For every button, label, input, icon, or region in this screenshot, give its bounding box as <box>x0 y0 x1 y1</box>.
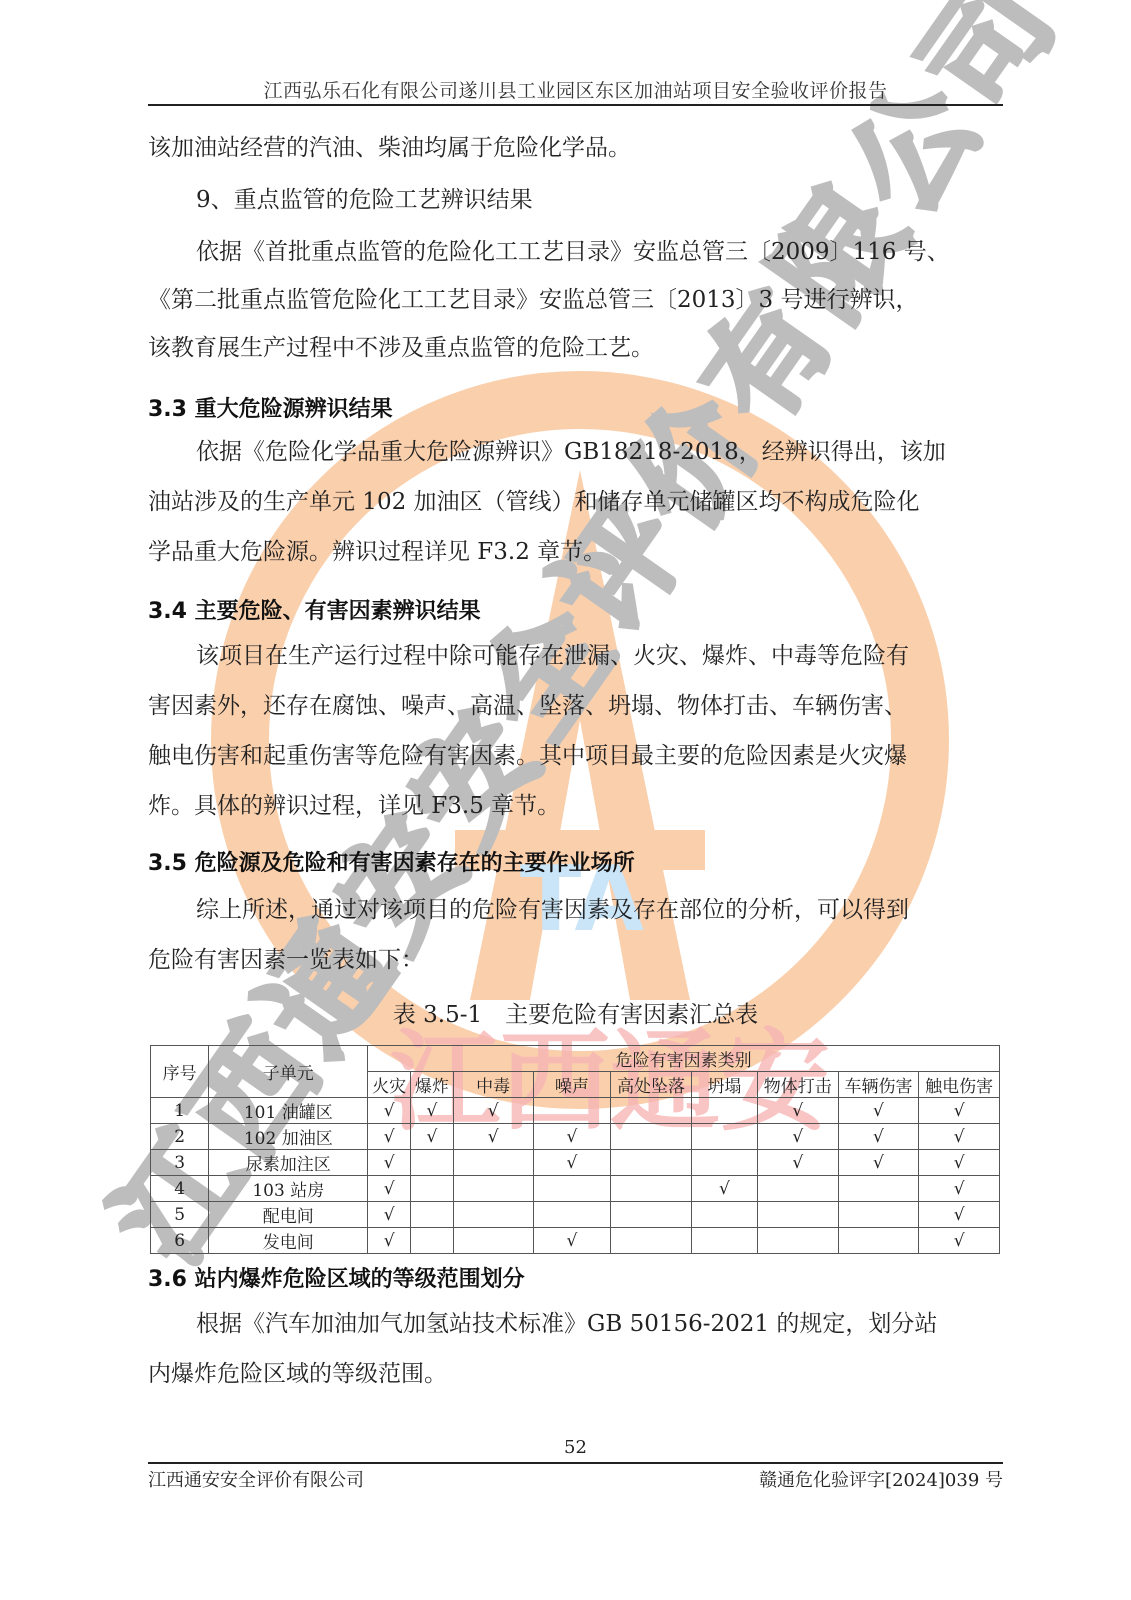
cell-mark: √ <box>411 1098 454 1124</box>
cell-mark <box>757 1202 838 1228</box>
cell-mark: √ <box>453 1124 533 1150</box>
header-factor: 爆炸 <box>411 1072 454 1098</box>
cell-mark: √ <box>919 1176 1000 1202</box>
cell-mark: √ <box>838 1124 919 1150</box>
cell-mark <box>838 1228 919 1254</box>
table-row: 2 102 加油区 √ √ √ √ √ √ √ <box>151 1124 1000 1150</box>
header-factor: 高处坠落 <box>611 1072 692 1098</box>
cell-mark <box>691 1150 757 1176</box>
paragraph-text: 炸。具体的辨识过程，详见 F3.5 章节。 <box>148 782 1003 830</box>
cell-mark: √ <box>368 1150 411 1176</box>
cell-mark: √ <box>368 1202 411 1228</box>
paragraph-text: 依据《首批重点监管的危险化工工艺目录》安监总管三〔2009〕116 号、 <box>148 228 1003 276</box>
cell-mark <box>411 1228 454 1254</box>
header-factor: 坍塌 <box>691 1072 757 1098</box>
paragraph-text: 危险有害因素一览表如下： <box>148 936 1003 984</box>
cell-mark: √ <box>533 1124 611 1150</box>
cell-mark <box>691 1228 757 1254</box>
cell-mark: √ <box>691 1176 757 1202</box>
cell-mark <box>453 1202 533 1228</box>
cell-mark <box>453 1150 533 1176</box>
header-factor-group: 危险有害因素类别 <box>368 1046 1000 1072</box>
cell-mark: √ <box>368 1176 411 1202</box>
cell-mark: √ <box>757 1098 838 1124</box>
paragraph-text: 该教育展生产过程中不涉及重点监管的危险工艺。 <box>148 324 1003 372</box>
cell-mark: √ <box>919 1124 1000 1150</box>
cell-mark: √ <box>838 1098 919 1124</box>
table-row: 5 配电间 √ √ <box>151 1202 1000 1228</box>
cell-unit: 发电间 <box>209 1228 368 1254</box>
cell-mark <box>533 1098 611 1124</box>
cell-mark: √ <box>757 1150 838 1176</box>
cell-mark: √ <box>919 1228 1000 1254</box>
footer-doc-code: 赣通危化验评字[2024]039 号 <box>759 1466 1003 1492</box>
paragraph-text: 根据《汽车加油加气加氢站技术标准》GB 50156-2021 的规定，划分站 <box>148 1300 1003 1348</box>
cell-mark <box>611 1150 692 1176</box>
cell-mark: √ <box>919 1098 1000 1124</box>
cell-seq: 4 <box>151 1176 209 1202</box>
cell-unit: 103 站房 <box>209 1176 368 1202</box>
section-heading-3-3: 3.3 重大危险源辨识结果 <box>148 392 393 423</box>
page-number: 52 <box>148 1437 1003 1458</box>
cell-mark: √ <box>757 1124 838 1150</box>
cell-mark <box>533 1176 611 1202</box>
header-factor: 物体打击 <box>757 1072 838 1098</box>
table-row: 3 尿素加注区 √ √ √ √ √ <box>151 1150 1000 1176</box>
paragraph-text: 综上所述，通过对该项目的危险有害因素及存在部位的分析，可以得到 <box>148 886 1003 934</box>
paragraph-text: 9、重点监管的危险工艺辨识结果 <box>148 176 1003 224</box>
cell-mark: √ <box>368 1228 411 1254</box>
cell-mark: √ <box>368 1124 411 1150</box>
cell-mark: √ <box>919 1150 1000 1176</box>
paragraph-text: 害因素外，还存在腐蚀、噪声、高温、坠落、坍塌、物体打击、车辆伤害、 <box>148 682 1003 730</box>
paragraph-text: 该项目在生产运行过程中除可能存在泄漏、火灾、爆炸、中毒等危险有 <box>148 632 1003 680</box>
cell-seq: 2 <box>151 1124 209 1150</box>
paragraph-text: 依据《危险化学品重大危险源辨识》GB18218-2018，经辨识得出，该加 <box>148 428 1003 476</box>
cell-unit: 102 加油区 <box>209 1124 368 1150</box>
cell-mark <box>453 1176 533 1202</box>
cell-mark <box>838 1202 919 1228</box>
header-seq: 序号 <box>151 1046 209 1098</box>
cell-seq: 3 <box>151 1150 209 1176</box>
cell-mark: √ <box>411 1124 454 1150</box>
cell-mark: √ <box>533 1150 611 1176</box>
cell-unit: 尿素加注区 <box>209 1150 368 1176</box>
cell-mark <box>533 1202 611 1228</box>
cell-mark: √ <box>368 1098 411 1124</box>
table-row: 1 101 油罐区 √ √ √ √ √ √ <box>151 1098 1000 1124</box>
paragraph-text: 学品重大危险源。辨识过程详见 F3.2 章节。 <box>148 528 1003 576</box>
cell-mark: √ <box>919 1202 1000 1228</box>
cell-mark <box>691 1202 757 1228</box>
cell-mark <box>757 1228 838 1254</box>
cell-mark: √ <box>838 1150 919 1176</box>
table-row: 6 发电间 √ √ √ <box>151 1228 1000 1254</box>
header-unit: 子单元 <box>209 1046 368 1098</box>
table-caption: 表 3.5-1 主要危险有害因素汇总表 <box>148 996 1003 1029</box>
header-factor: 火灾 <box>368 1072 411 1098</box>
section-heading-3-5: 3.5 危险源及危险和有害因素存在的主要作业场所 <box>148 846 635 877</box>
section-heading-3-4: 3.4 主要危险、有害因素辨识结果 <box>148 594 481 625</box>
footer-divider <box>148 1462 1003 1464</box>
cell-mark: √ <box>453 1098 533 1124</box>
cell-seq: 6 <box>151 1228 209 1254</box>
document-page: TA 江西通安 江西通安安全评价有限公司 江西弘乐石化有限公司遂川县工业园区东区… <box>0 0 1131 1600</box>
footer-company: 江西通安安全评价有限公司 <box>148 1466 364 1492</box>
header-factor: 中毒 <box>453 1072 533 1098</box>
hazard-summary-table: 序号 子单元 危险有害因素类别 火灾 爆炸 中毒 噪声 高处坠落 坍塌 物体打击… <box>150 1045 1000 1254</box>
cell-seq: 1 <box>151 1098 209 1124</box>
section-heading-3-6: 3.6 站内爆炸危险区域的等级范围划分 <box>148 1262 525 1293</box>
cell-unit: 配电间 <box>209 1202 368 1228</box>
cell-unit: 101 油罐区 <box>209 1098 368 1124</box>
cell-mark <box>411 1176 454 1202</box>
paragraph-text: 《第二批重点监管危险化工工艺目录》安监总管三〔2013〕3 号进行辨识， <box>148 276 1003 324</box>
header-factor: 触电伤害 <box>919 1072 1000 1098</box>
cell-mark: √ <box>533 1228 611 1254</box>
header-factor: 噪声 <box>533 1072 611 1098</box>
cell-mark <box>691 1098 757 1124</box>
paragraph-text: 内爆炸危险区域的等级范围。 <box>148 1350 1003 1398</box>
paragraph-text: 该加油站经营的汽油、柴油均属于危险化学品。 <box>148 124 1003 172</box>
table-row: 4 103 站房 √ √ √ <box>151 1176 1000 1202</box>
cell-mark <box>453 1228 533 1254</box>
cell-mark <box>611 1202 692 1228</box>
cell-mark <box>411 1202 454 1228</box>
cell-mark <box>611 1098 692 1124</box>
paragraph-text: 触电伤害和起重伤害等危险有害因素。其中项目最主要的危险因素是火灾爆 <box>148 732 1003 780</box>
cell-mark <box>611 1176 692 1202</box>
cell-mark <box>757 1176 838 1202</box>
cell-mark <box>691 1124 757 1150</box>
page-header-title: 江西弘乐石化有限公司遂川县工业园区东区加油站项目安全验收评价报告 <box>148 76 1003 103</box>
cell-mark <box>411 1150 454 1176</box>
header-divider <box>148 104 1003 106</box>
paragraph-text: 油站涉及的生产单元 102 加油区（管线）和储存单元储罐区均不构成危险化 <box>148 478 1003 526</box>
cell-mark <box>611 1228 692 1254</box>
header-factor: 车辆伤害 <box>838 1072 919 1098</box>
cell-mark <box>611 1124 692 1150</box>
cell-mark <box>838 1176 919 1202</box>
cell-seq: 5 <box>151 1202 209 1228</box>
